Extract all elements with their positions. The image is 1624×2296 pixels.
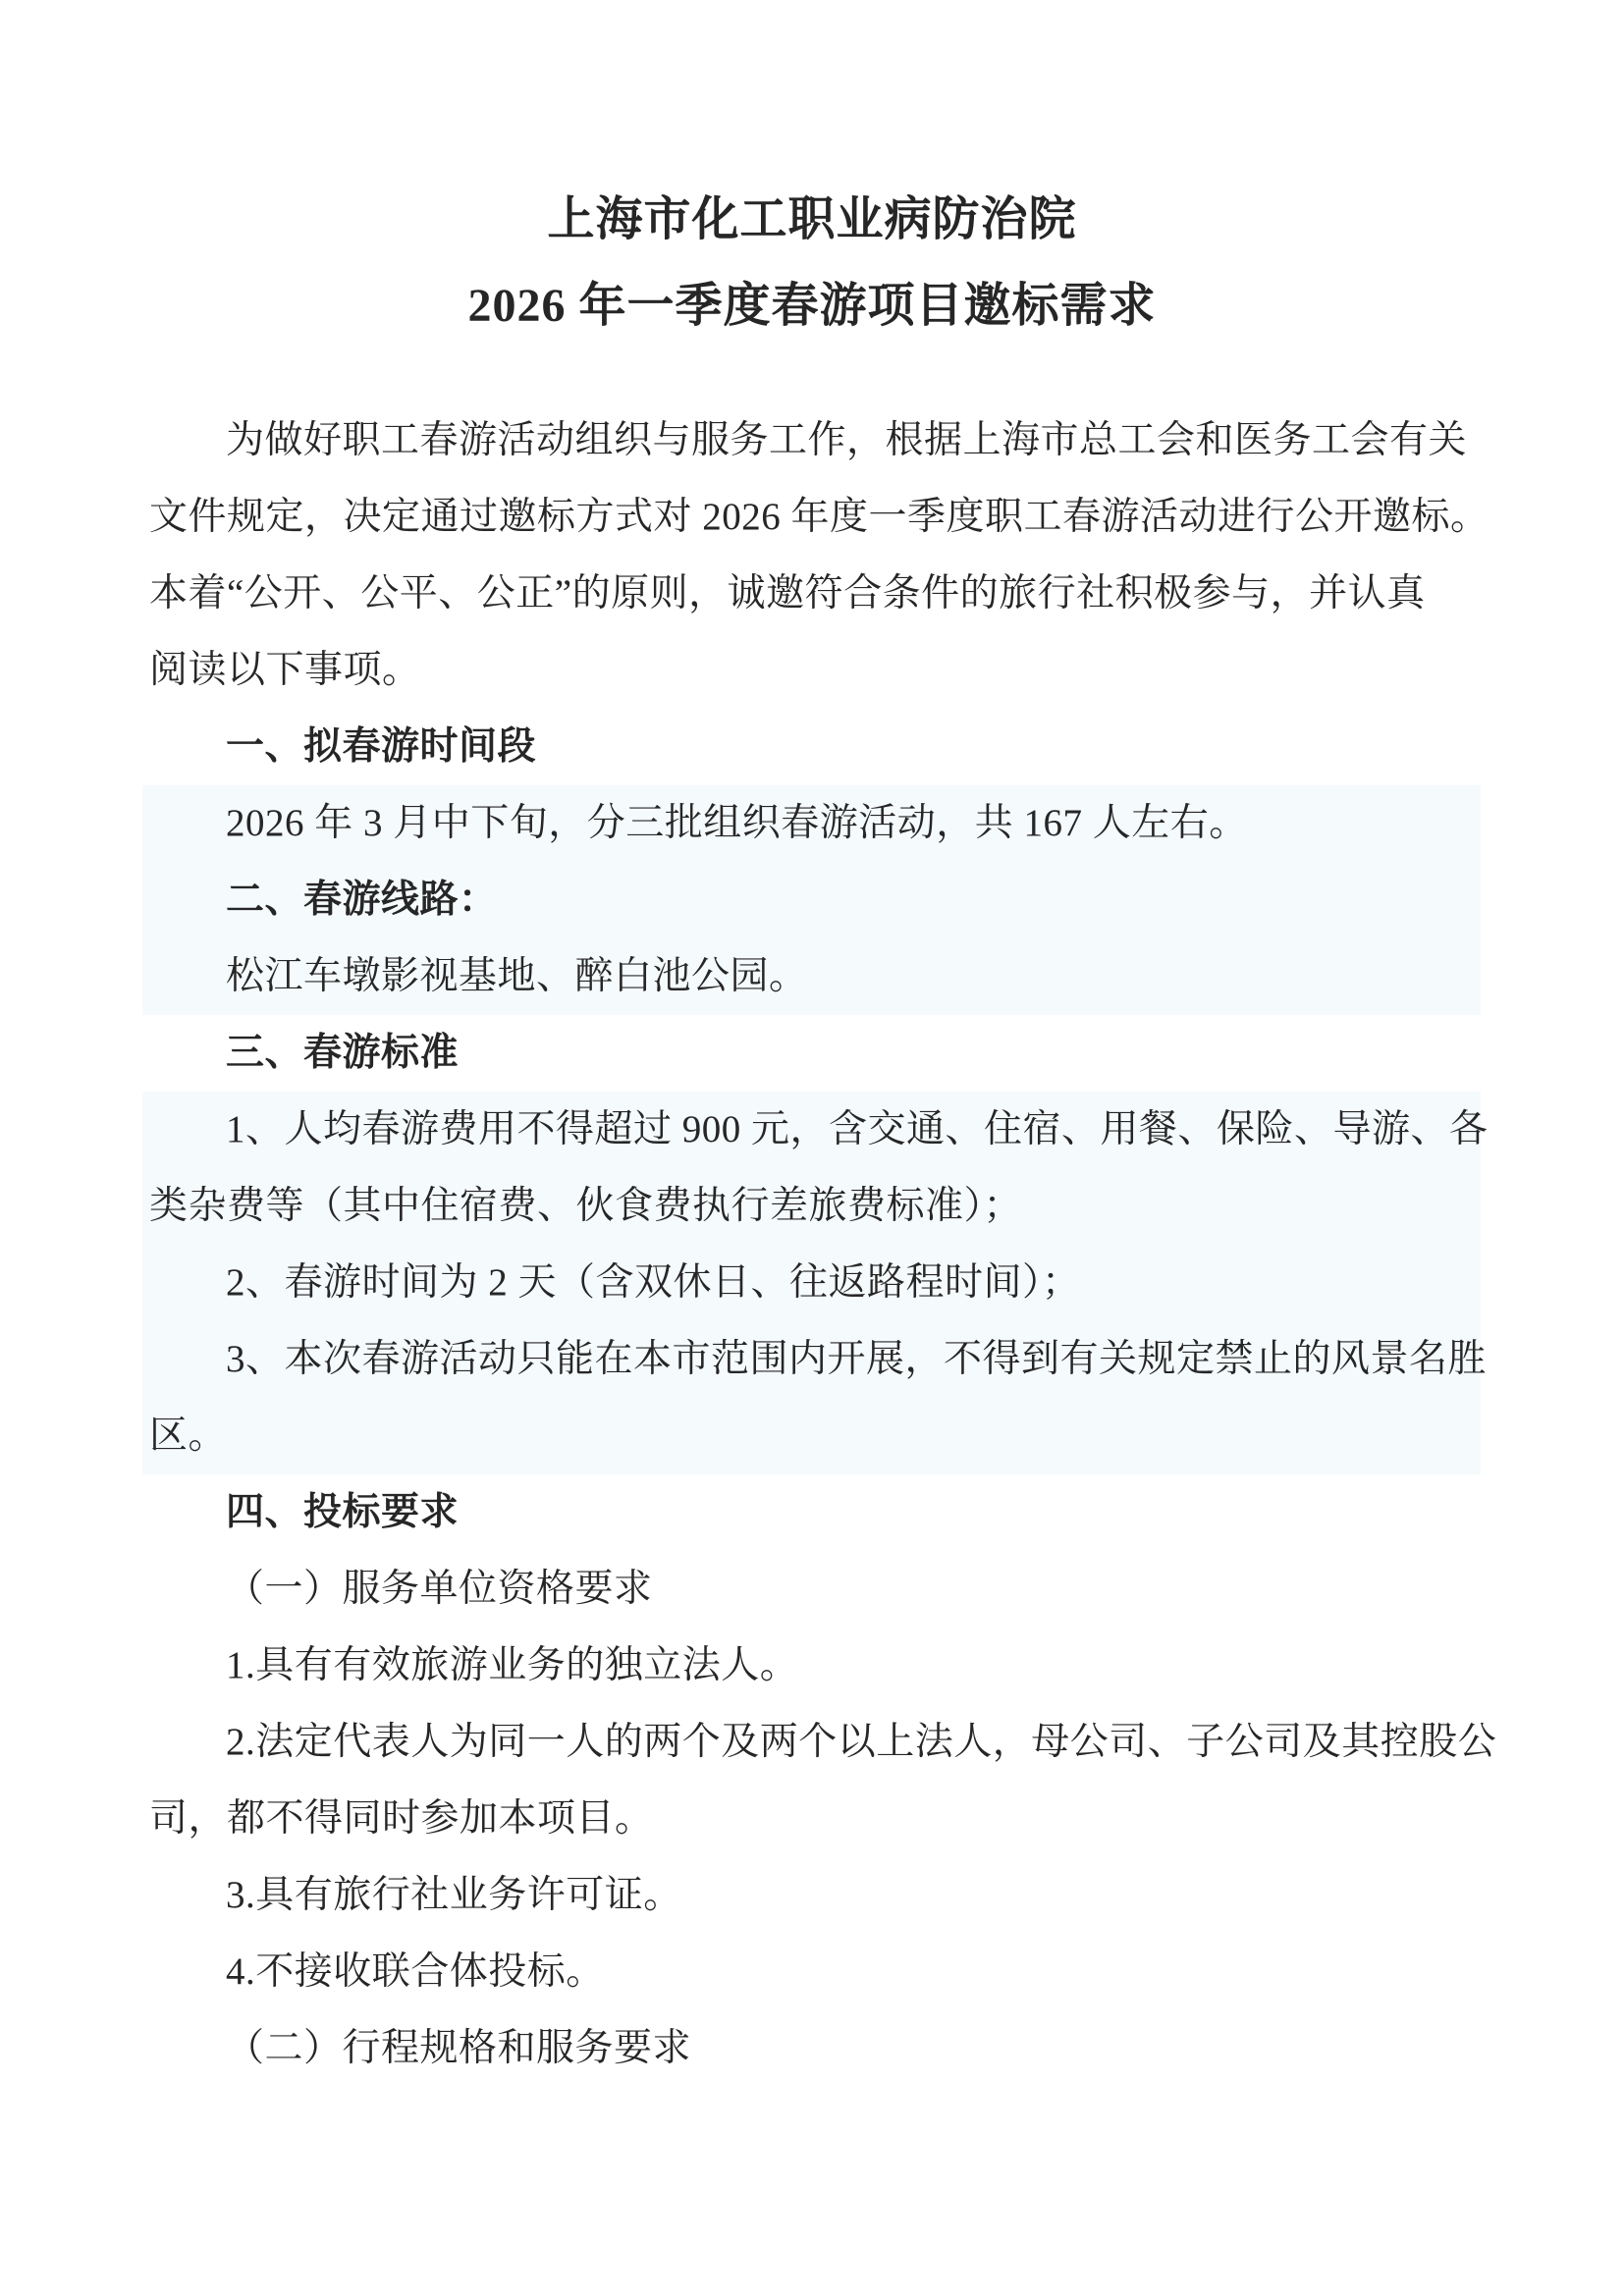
section4-item1-line: 1.具有有效旅游业务的独立法人。	[149, 1628, 1475, 1704]
document-title-line-1: 上海市化工职业病防治院	[149, 177, 1475, 263]
section1-heading: 一、拟春游时间段	[149, 709, 1475, 785]
section3-item3-line: 3、本次春游活动只能在本市范围内开展，不得到有关规定禁止的风景名胜	[149, 1321, 1475, 1398]
highlight-block-1: 2026 年 3 月中下旬，分三批组织春游活动，共 167 人左右。 二、春游线…	[142, 785, 1481, 1015]
text-line: 本着“公开、公平、公正”的原则，诚邀符合条件的旅行社积极参与，并认真	[149, 556, 1475, 632]
text-line: 文件规定，决定通过邀标方式对 2026 年度一季度职工春游活动进行公开邀标。	[149, 479, 1475, 556]
section4-heading: 四、投标要求	[149, 1474, 1475, 1551]
section3-item3-line: 区。	[149, 1398, 1475, 1474]
section4-item3-line: 3.具有旅行社业务许可证。	[149, 1857, 1475, 1934]
section2-paragraph: 松江车墩影视基地、醉白池公园。	[149, 938, 1475, 1015]
document-title-line-2: 2026 年一季度春游项目邀标需求	[149, 263, 1475, 349]
highlight-block-2: 1、人均春游费用不得超过 900 元，含交通、住宿、用餐、保险、导游、各 类杂费…	[142, 1092, 1481, 1474]
text-line: 阅读以下事项。	[149, 632, 1475, 709]
section4-item4-line: 4.不接收联合体投标。	[149, 1934, 1475, 2010]
section4-sub2-heading: （二）行程规格和服务要求	[149, 2010, 1475, 2087]
intro-paragraph: 为做好职工春游活动组织与服务工作，根据上海市总工会和医务工会有关 文件规定，决定…	[149, 402, 1475, 709]
text-line: 为做好职工春游活动组织与服务工作，根据上海市总工会和医务工会有关	[149, 402, 1475, 479]
section3-item2-line: 2、春游时间为 2 天（含双休日、往返路程时间）；	[149, 1245, 1475, 1321]
section4-sub1-heading: （一）服务单位资格要求	[149, 1551, 1475, 1628]
section2-heading: 二、春游线路：	[149, 862, 1475, 938]
section4-item2-line: 司，都不得同时参加本项目。	[149, 1781, 1475, 1857]
section4-item2-line: 2.法定代表人为同一人的两个及两个以上法人，母公司、子公司及其控股公	[149, 1704, 1475, 1781]
section3-item1-line: 类杂费等（其中住宿费、伙食费执行差旅费标准）；	[149, 1168, 1475, 1245]
document-page: 上海市化工职业病防治院 2026 年一季度春游项目邀标需求 为做好职工春游活动组…	[0, 0, 1624, 2296]
section3-item1-line: 1、人均春游费用不得超过 900 元，含交通、住宿、用餐、保险、导游、各	[149, 1092, 1475, 1168]
section1-paragraph: 2026 年 3 月中下旬，分三批组织春游活动，共 167 人左右。	[149, 785, 1475, 862]
section3-heading: 三、春游标准	[149, 1015, 1475, 1092]
